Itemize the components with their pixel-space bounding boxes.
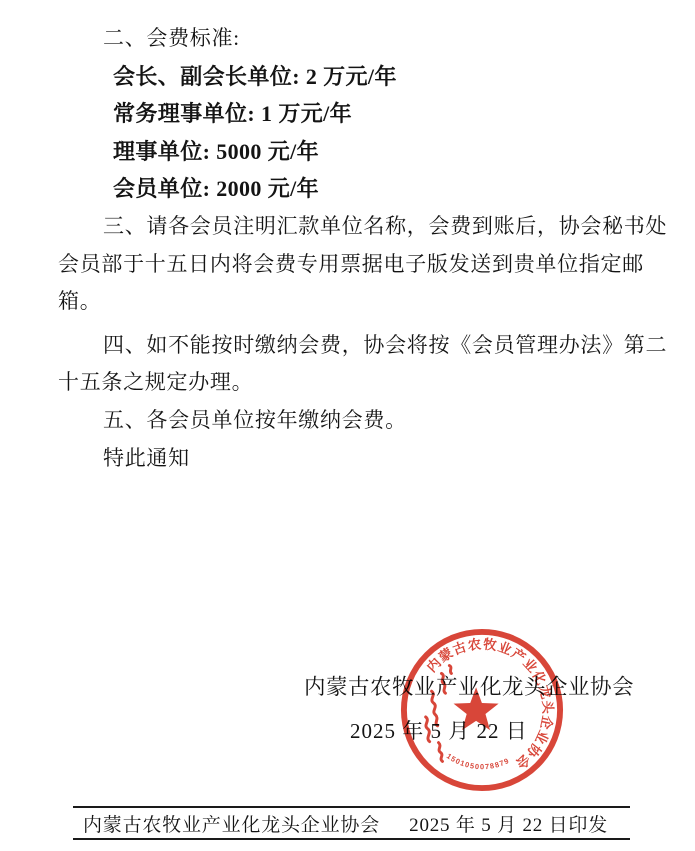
closing-hereby-notified: 特此通知 [58, 440, 658, 478]
footer-issuer-name: 内蒙古农牧业产业化龙头企业协会 [83, 810, 380, 837]
seal-registration-number: 1501050078879 [445, 751, 511, 771]
signature-org-name: 内蒙古农牧业产业化龙头企业协会 [304, 669, 634, 706]
fee-item-executive-director: 常务理事单位: 1 万元/年 [58, 95, 658, 133]
footer-imprint-bar: 内蒙古农牧业产业化龙头企业协会 2025 年 5 月 22 日印发 [73, 806, 630, 840]
fee-item-director-unit: 理事单位: 5000 元/年 [58, 133, 658, 171]
footer-print-date: 2025 年 5 月 22 日印发 [409, 810, 608, 837]
paragraph-three-line-2: 会员部于十五日内将会费专用票据电子版发送到贵单位指定邮 [58, 246, 658, 284]
fee-item-president-unit: 会长、副会长单位: 2 万元/年 [58, 58, 658, 96]
section-heading-fee-standard: 二、会费标准: [58, 20, 658, 58]
notice-document-page: 二、会费标准: 会长、副会长单位: 2 万元/年 常务理事单位: 1 万元/年 … [0, 0, 695, 851]
official-seal: 内蒙古农牧业产业化龙头企业协会 1501050078879 [398, 626, 566, 794]
paragraph-five: 五、各会员单位按年缴纳会费。 [58, 402, 658, 440]
seal-ring [404, 632, 560, 788]
official-seal-svg: 内蒙古农牧业产业化龙头企业协会 1501050078879 [398, 626, 566, 794]
fee-item-member-unit: 会员单位: 2000 元/年 [58, 170, 658, 208]
paragraph-four-line-2: 十五条之规定办理。 [58, 364, 658, 402]
signature-date: 2025 年 5 月 22 日 [350, 713, 528, 750]
paragraph-four-line-1: 四、如不能按时缴纳会费，协会将按《会员管理办法》第二 [58, 327, 658, 365]
paragraph-three-line-1: 三、请各会员注明汇款单位名称，会费到账后，协会秘书处 [58, 208, 658, 246]
notice-body: 二、会费标准: 会长、副会长单位: 2 万元/年 常务理事单位: 1 万元/年 … [58, 20, 658, 477]
paragraph-three-line-3: 箱。 [58, 283, 658, 321]
